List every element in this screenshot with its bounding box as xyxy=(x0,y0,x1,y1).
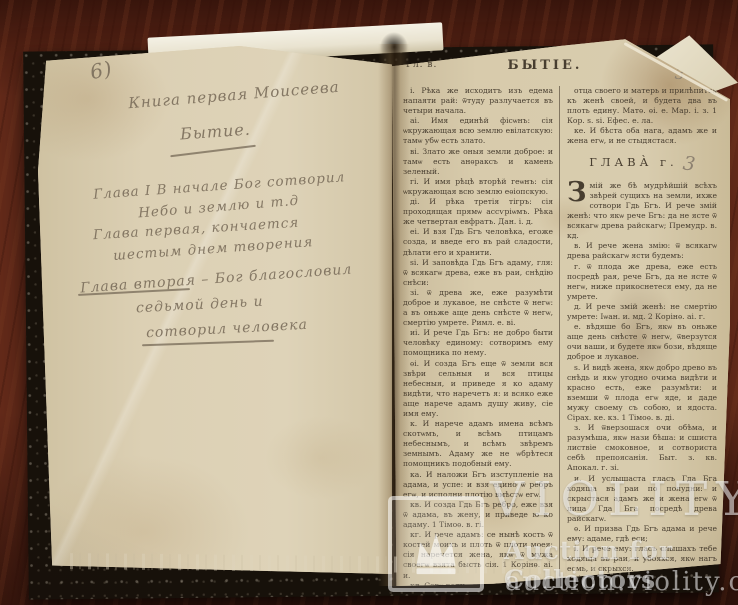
verse-paragraph: ді. И рѣка третія тігръ: сія проходящая … xyxy=(403,197,553,227)
chapter-heading-text: ГЛАВА̀ г. xyxy=(589,155,677,169)
chapter2-end: отца своего и матерь и прилѣпится къ жен… xyxy=(567,86,717,147)
book-gutter xyxy=(378,44,410,586)
verse-paragraph: ѳ. И призва Гдь Бгъ адама и рече ему: ад… xyxy=(567,524,717,544)
chapter-heading: ГЛАВА̀ г.3 xyxy=(567,152,717,177)
underline-stroke xyxy=(142,340,274,346)
printed-text: Гл. в. 2(2) БЫТІЕ. 3 і. Рѣка же исходитъ… xyxy=(392,36,730,586)
page-title: БЫТІЕ. xyxy=(403,58,687,73)
chapter-pencil-mark: 3 xyxy=(681,151,696,178)
verse-paragraph: ке. И бѣста оба нага, адамъ же и жена ег… xyxy=(567,126,717,146)
left-page: 6) Книга первая Моисеева Бытие. Глава I … xyxy=(38,46,392,574)
note-corner-mark: 6) xyxy=(88,56,115,84)
verse-paragraph: к. И нарече адамъ имена всѣмъ скотѡмъ, и… xyxy=(403,419,553,469)
note-line: Бытие. xyxy=(179,120,251,144)
note-line: Глава I В начале Бог сотворил xyxy=(93,169,346,203)
verse-text: мій же бѣ мудрѣйшій всѣхъ звѣрей сущихъ … xyxy=(567,181,717,240)
verse-paragraph: ві. Злато же оныя земли доброе: и тамѡ е… xyxy=(403,147,553,177)
note-line: седьмой день и xyxy=(136,294,264,317)
text-column-left: і. Рѣка же исходитъ изъ едема напаяти ра… xyxy=(403,86,559,591)
note-line: сотворил человека xyxy=(146,317,309,341)
chapter3-verses: в. И рече жена змію: ѿ всякагѡ древа рай… xyxy=(567,241,717,584)
drop-cap: З xyxy=(567,181,589,203)
verse-paragraph: и. И услышаста гласъ Гда Бга ходяща въ р… xyxy=(567,474,717,524)
text-column-right: отца своего и матерь и прилѣпится къ жен… xyxy=(559,86,717,591)
verse-paragraph: в. И рече жена змію: ѿ всякагѡ древа рай… xyxy=(567,241,717,261)
verse-paragraph: гі. И имя рѣцѣ вторѣй геѡнъ: сія ѡкружаю… xyxy=(403,177,553,197)
note-line: Книга первая Моисеева xyxy=(128,78,341,113)
verse-paragraph: ѳі. И созда Бгъ еще ѿ земли вся звѣри се… xyxy=(403,359,553,420)
verse-paragraph: ка. И наложи Бгъ изступленіе на адама, и… xyxy=(403,470,553,500)
verse-paragraph: і. Рѣка же исходитъ изъ едема напаяти ра… xyxy=(403,86,553,116)
verse-paragraph: г. ѿ плода же древа, еже есть посредѣ ра… xyxy=(567,262,717,302)
verse-paragraph: з. И ѿверзошася очи обѣма, и разумѣша, я… xyxy=(567,423,717,473)
verse-paragraph: кв. И созда Гдь Бгъ ребро, еже взя ѿ ада… xyxy=(403,500,553,530)
verse-paragraph: зі. ѿ древа же, еже разумѣти доброе и лу… xyxy=(403,288,553,328)
verse-paragraph: ѕі. И заповѣда Гдь Бгъ адаму, гля: ѿ вся… xyxy=(403,258,553,288)
verse-paragraph: Змій же бѣ мудрѣйшій всѣхъ звѣрей сущихъ… xyxy=(567,181,717,242)
text-columns: і. Рѣка же исходитъ изъ едема напаяти ра… xyxy=(403,86,717,591)
photo-scene: 6) Книга первая Моисеева Бытие. Глава I … xyxy=(0,0,738,605)
verse-paragraph: иі. И рече Гдь Бгъ: не добро быти человѣ… xyxy=(403,328,553,358)
underline-stroke xyxy=(170,145,256,157)
verse-paragraph: д. И рече змій женѣ: не смертію умрете: … xyxy=(567,302,717,322)
verse-paragraph: еі. И взя Гдь Бгъ человѣка, егоже созда,… xyxy=(403,227,553,257)
right-page: Гл. в. 2(2) БЫТІЕ. 3 і. Рѣка же исходитъ… xyxy=(392,36,730,586)
verse-paragraph: отца своего и матерь и прилѣпится къ жен… xyxy=(567,86,717,126)
handwritten-notes: 6) Книга первая Моисеева Бытие. Глава I … xyxy=(38,46,392,574)
verse-paragraph: аі. Имя единѣй фісѡнъ: сія ѡкружающая вс… xyxy=(403,116,553,146)
verse-paragraph: е. вѣдяше бо Бгъ, якѡ въ оньже аще день … xyxy=(567,322,717,362)
verse-paragraph: ѕ. И видѣ жена, якѡ добро древо въ снѣдь… xyxy=(567,363,717,424)
